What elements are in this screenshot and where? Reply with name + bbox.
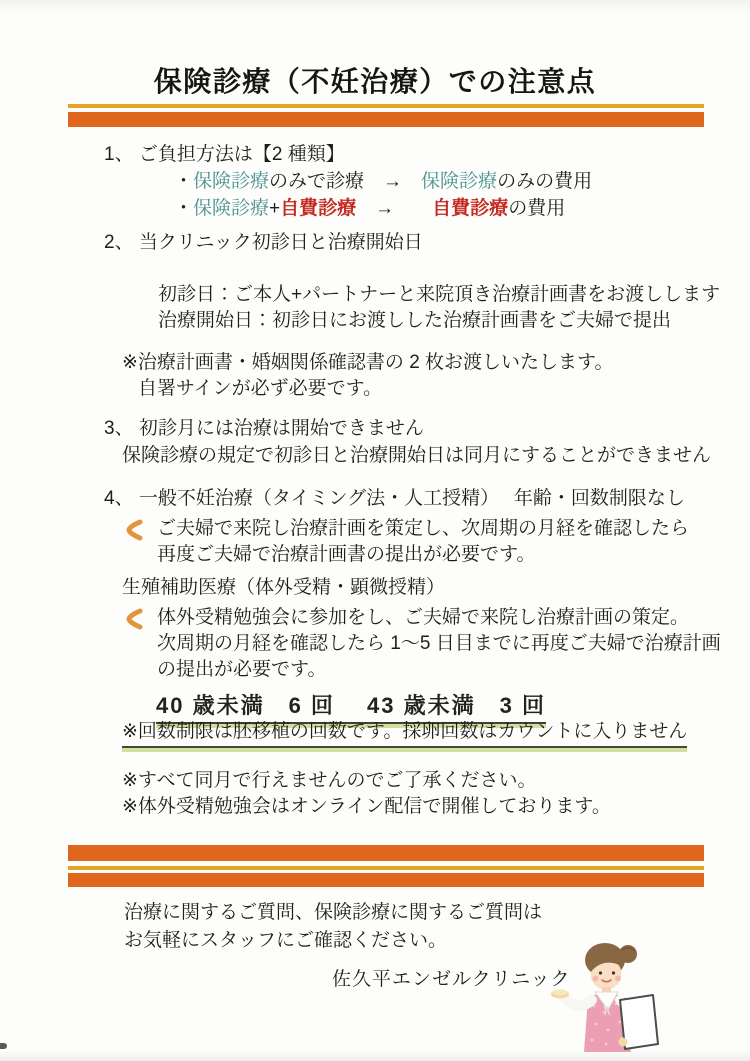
first-visit-note1: ※治療計画書・婚姻関係確認書の 2 枚お渡しいたします。 <box>122 350 720 376</box>
payment-row1-bullet: ・ <box>174 171 193 192</box>
section-art-treatment: 生殖補助医療（体外受精・顕微授精） 体外受精勉強会に参加をし、ご夫婦で来院し治療… <box>122 575 721 724</box>
scan-artifact-top <box>0 0 750 12</box>
art-treatment-line1: 体外受精勉強会に参加をし、ご夫婦で来院し治療計画の策定。 <box>157 605 721 631</box>
first-visit-notes: ※治療計画書・婚姻関係確認書の 2 枚お渡しいたします。 自署サインが必ず必要で… <box>122 350 720 402</box>
payment-row-1: ・保険診療のみで診療 → 保険診療のみの費用 <box>174 168 592 195</box>
section-general-treatment: 4、 一般不妊治療（タイミング法・人工授精） 年齢・回数制限なし ご夫婦で来院し… <box>104 485 689 568</box>
section-first-visit-heading: 2、 当クリニック初診日と治療開始日 <box>104 229 720 256</box>
orange-bar-bottom-1 <box>68 845 704 861</box>
footer-line2: お気軽にスタッフにご確認ください。 <box>124 927 542 955</box>
section-first-month: 3、 初診月には治療は開始できません 保険診療の規定で初診日と治療開始日は同月に… <box>104 415 711 469</box>
orange-chevron-icon <box>126 608 143 630</box>
notice-document: 保険診療（不妊治療）での注意点 1、 ご負担方法は【2 種類】 ・保険診療のみで… <box>0 0 750 1061</box>
orange-bar-top <box>68 112 704 127</box>
payment-row1-insurance: 保険診療 <box>193 171 269 192</box>
first-visit-line1: 初診日：ご本人+パートナーと来院頂き治療計画書をお渡しします <box>158 282 720 308</box>
first-visit-note2: 自署サインが必ず必要です。 <box>138 376 720 402</box>
receptionist-illustration <box>548 934 672 1052</box>
note-pair: ※すべて同月で行えませんのでご了承ください。 ※体外受精勉強会はオンライン配信で… <box>122 768 611 820</box>
first-visit-line2: 治療開始日：初診日にお渡しした治療計画書をご夫婦で提出 <box>158 308 720 334</box>
art-treatment-bullet: 体外受精勉強会に参加をし、ご夫婦で来院し治療計画の策定。 次周期の月経を確認した… <box>126 605 721 683</box>
payment-row2-tail: の費用 <box>508 198 565 219</box>
gold-rule-top <box>68 104 704 108</box>
section-payment-heading: 1、 ご負担方法は【2 種類】 <box>104 141 592 168</box>
clinic-name: 佐久平エンゼルクリニック <box>332 964 570 991</box>
general-treatment-bullet: ご夫婦で来院し治療計画を策定し、次周期の月経を確認したら 再度ご夫婦で治療計画書… <box>126 516 689 568</box>
note-same-month: ※すべて同月で行えませんのでご了承ください。 <box>122 768 611 794</box>
section-first-visit: 2、 当クリニック初診日と治療開始日 初診日：ご本人+パートナーと来院頂き治療計… <box>104 229 720 402</box>
art-treatment-line3: の提出が必要です。 <box>157 657 721 683</box>
payment-row2-selfpay: 自費診療 <box>280 198 356 219</box>
section-first-month-heading: 3、 初診月には治療は開始できません <box>104 415 711 442</box>
orange-bars-bottom <box>68 845 704 887</box>
payment-row-2: ・保険診療+自費診療 → 自費診療の費用 <box>174 195 592 222</box>
footer-text: 治療に関するご質問、保険診療に関するご質問は お気軽にスタッフにご確認ください。 <box>124 899 542 955</box>
art-treatment-text: 体外受精勉強会に参加をし、ご夫婦で来院し治療計画の策定。 次周期の月経を確認した… <box>157 605 721 683</box>
section-general-treatment-heading: 4、 一般不妊治療（タイミング法・人工授精） 年齢・回数制限なし <box>104 485 689 512</box>
general-treatment-text: ご夫婦で来院し治療計画を策定し、次周期の月経を確認したら 再度ご夫婦で治療計画書… <box>157 516 689 568</box>
payment-row2-insurance: 保険診療 <box>193 198 269 219</box>
payment-row2-selfpay2: 自費診療 <box>432 198 508 219</box>
section-payment: 1、 ご負担方法は【2 種類】 ・保険診療のみで診療 → 保険診療のみの費用 ・… <box>104 141 592 222</box>
payment-row2-bullet: ・ <box>174 198 193 219</box>
note-seminar: ※体外受精勉強会はオンライン配信で開催しております。 <box>122 794 611 820</box>
general-treatment-line1: ご夫婦で来院し治療計画を策定し、次周期の月経を確認したら <box>157 516 689 542</box>
payment-row2-plus: + <box>269 198 280 219</box>
first-visit-lines: 初診日：ご本人+パートナーと来院頂き治療計画書をお渡しします 治療開始日：初診日… <box>158 282 720 334</box>
orange-chevron-icon <box>126 519 143 541</box>
payment-row1-insurance2: 保険診療 <box>421 171 497 192</box>
scan-artifact-bottom <box>0 1051 750 1061</box>
section-art-treatment-heading: 生殖補助医療（体外受精・顕微授精） <box>122 575 721 601</box>
orange-bar-bottom-2 <box>68 873 704 887</box>
footer-line1: 治療に関するご質問、保険診療に関するご質問は <box>124 899 542 927</box>
payment-row1-tail: のみの費用 <box>497 171 592 192</box>
payment-row2-arrow: → <box>356 198 432 219</box>
general-treatment-line2: 再度ご夫婦で治療計画書の提出が必要です。 <box>157 542 689 568</box>
payment-rows: ・保険診療のみで診療 → 保険診療のみの費用 ・保険診療+自費診療 → 自費診療… <box>174 168 592 222</box>
payment-row1-mid: のみで診療 → <box>269 171 421 192</box>
note-count-rule: ※回数制限は胚移植の回数です。採卵回数はカウントに入りません <box>122 716 687 748</box>
art-treatment-line2: 次周期の月経を確認したら 1～5 日目までに再度ご夫婦で治療計画 <box>157 631 721 657</box>
first-month-line1: 保険診療の規定で初診日と治療開始日は同月にすることができません <box>122 443 711 469</box>
scan-artifact-speck <box>0 1043 7 1049</box>
page-title: 保険診療（不妊治療）での注意点 <box>0 60 750 100</box>
